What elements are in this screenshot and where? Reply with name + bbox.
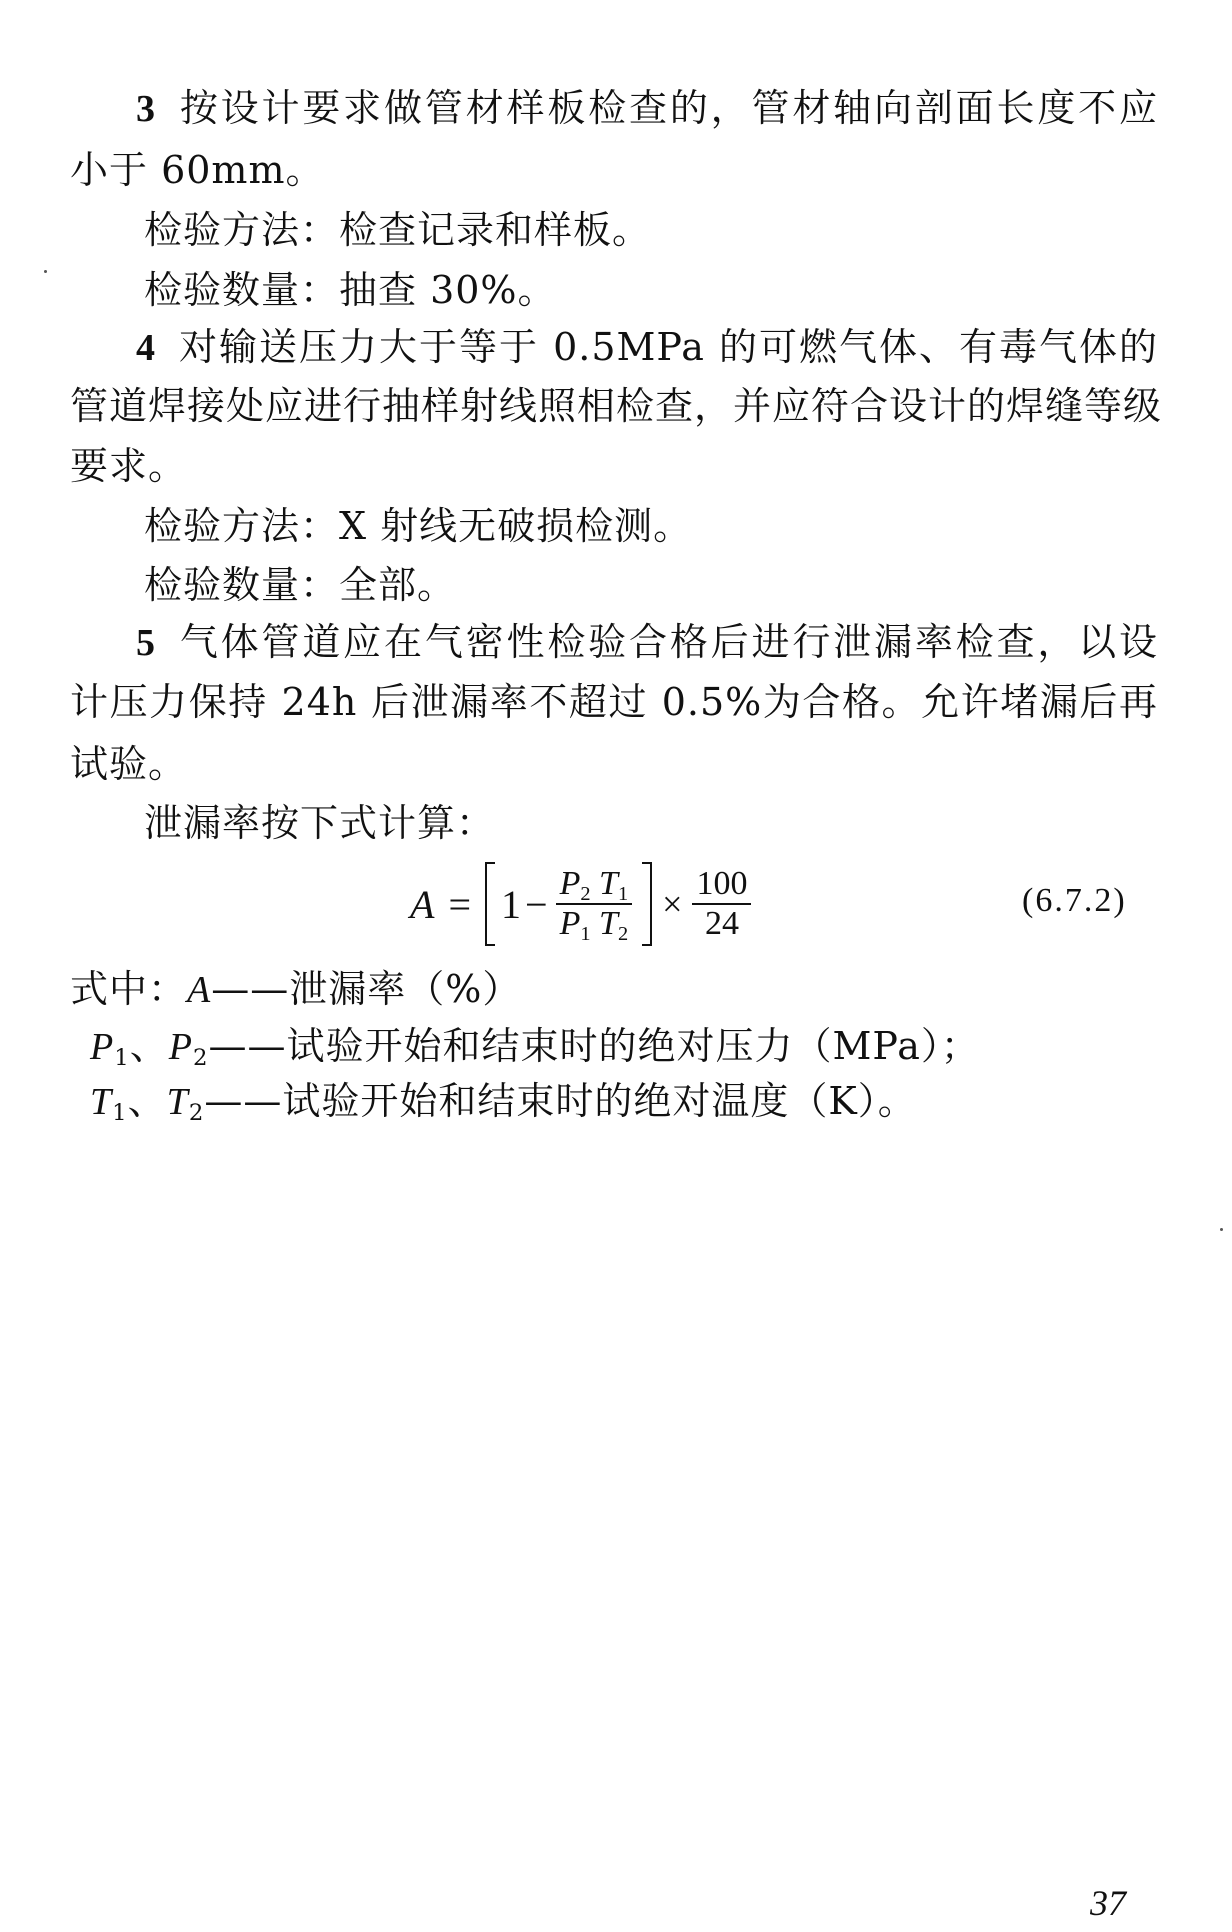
- symbol-a: A: [187, 969, 211, 1011]
- formula-intro: 泄漏率按下式计算：: [144, 801, 495, 845]
- subscript: 2: [618, 923, 628, 945]
- formula-one: 1: [501, 881, 521, 928]
- formula-lhs: A: [410, 881, 434, 928]
- symbol-t1: T: [90, 1081, 112, 1123]
- factor-numerator: 100: [692, 865, 751, 903]
- item-number: 5: [136, 622, 156, 664]
- item-number: 3: [136, 88, 156, 130]
- item-4-quantity: 检验数量：全部。: [144, 563, 456, 607]
- item-3-line-1: 3按设计要求做管材样板检查的，管材轴向剖面长度不应: [136, 86, 1158, 131]
- subscript: 1: [618, 883, 628, 905]
- leak-rate-formula: A = 1 − P2 T1 P1 T2 × 100 24: [410, 858, 755, 950]
- item-4-method: 检验方法：X 射线无破损检测。: [144, 504, 692, 548]
- formula-equals: =: [448, 881, 471, 928]
- symbol-t: T: [599, 905, 618, 942]
- subscript: 2: [189, 1100, 205, 1126]
- item-3-line-2: 小于 60mm。: [70, 148, 325, 192]
- factor-denominator: 24: [701, 905, 743, 943]
- symbol-p2: P: [169, 1026, 193, 1068]
- paragraph-text: 气体管道应在气密性检验合格后进行泄漏率检查，以设: [178, 620, 1158, 664]
- item-4-line-2: 管道焊接处应进行抽样射线照相检查，并应符合设计的焊缝等级: [70, 384, 1158, 428]
- separator: 、: [130, 1024, 169, 1068]
- subscript: 1: [114, 1045, 130, 1071]
- fraction-denominator: P1 T2: [556, 905, 633, 943]
- legend-intro: 式中：: [70, 967, 187, 1011]
- scan-speck: [44, 270, 47, 273]
- subscript: 2: [580, 883, 590, 905]
- paragraph-text: 对输送压力大于等于 0.5MPa 的可燃气体、有毒气体的: [178, 325, 1158, 369]
- subscript: 1: [580, 923, 590, 945]
- item-5-line-1: 5气体管道应在气密性检验合格后进行泄漏率检查，以设: [136, 620, 1158, 665]
- item-5-line-2: 计压力保持 24h 后泄漏率不超过 0.5%为合格。允许堵漏后再: [70, 680, 1158, 724]
- page-number: 37: [1090, 1882, 1126, 1924]
- pressure-temperature-fraction: P2 T1 P1 T2: [556, 865, 633, 943]
- separator: 、: [128, 1079, 167, 1123]
- legend-p-desc: ——试验开始和结束时的绝对压力（MPa）；: [208, 1024, 979, 1068]
- item-3-method: 检验方法：检查记录和样板。: [144, 208, 651, 252]
- symbol-p1: P: [90, 1026, 114, 1068]
- legend-t: T1、T2——试验开始和结束时的绝对温度（K）。: [90, 1079, 917, 1124]
- item-number: 4: [136, 327, 156, 369]
- document-page: 3按设计要求做管材样板检查的，管材轴向剖面长度不应 小于 60mm。 检验方法：…: [0, 0, 1232, 1932]
- legend-a-desc: ——泄漏率（%）: [211, 967, 521, 1011]
- item-5-line-3: 试验。: [70, 742, 187, 786]
- item-4-line-3: 要求。: [70, 444, 187, 488]
- formula-times: ×: [662, 883, 682, 925]
- subscript: 1: [112, 1100, 128, 1126]
- legend-t-desc: ——试验开始和结束时的绝对温度（K）。: [204, 1079, 916, 1123]
- symbol-p: P: [560, 865, 581, 902]
- left-bracket-icon: [485, 862, 495, 946]
- symbol-t: T: [599, 865, 618, 902]
- legend-a: 式中：A——泄漏率（%）: [70, 967, 521, 1012]
- equation-number: (6.7.2): [1022, 882, 1127, 920]
- symbol-t2: T: [167, 1081, 189, 1123]
- item-4-line-1: 4对输送压力大于等于 0.5MPa 的可燃气体、有毒气体的: [136, 325, 1158, 370]
- scan-speck: [1220, 1228, 1223, 1231]
- right-bracket-icon: [642, 862, 652, 946]
- item-3-quantity: 检验数量：抽查 30%。: [144, 268, 557, 312]
- subscript: 2: [193, 1045, 209, 1071]
- factor-fraction: 100 24: [692, 865, 751, 943]
- symbol-p: P: [560, 905, 581, 942]
- paragraph-text: 按设计要求做管材样板检查的，管材轴向剖面长度不应: [178, 86, 1158, 130]
- fraction-numerator: P2 T1: [556, 865, 633, 903]
- legend-p: P1、P2——试验开始和结束时的绝对压力（MPa）；: [90, 1024, 980, 1069]
- formula-minus: −: [525, 881, 548, 928]
